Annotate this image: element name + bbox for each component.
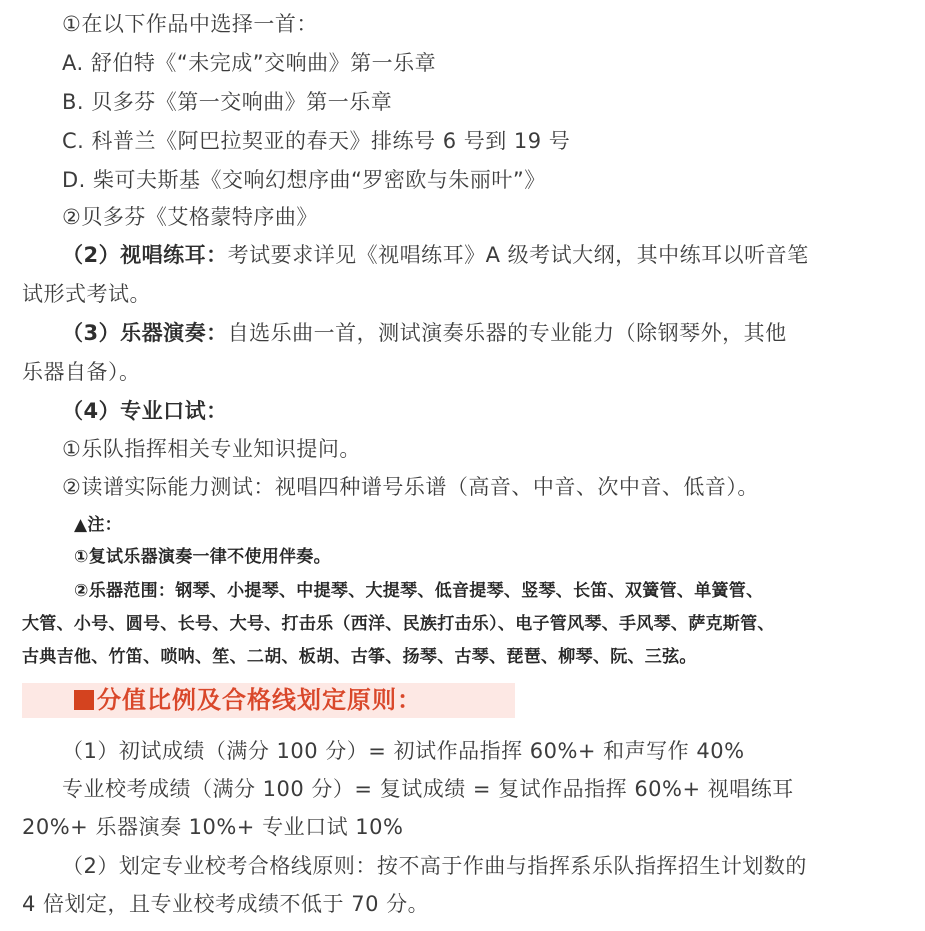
option-b: B. 贝多芬《第一交响曲》第一乐章 (62, 89, 392, 115)
option-d: D. 柴可夫斯基《交响幻想序曲“罗密欧与朱丽叶”》 (62, 167, 546, 193)
note-item-2-line1: ②乐器范围：钢琴、小提琴、中提琴、大提琴、低音提琴、竖琴、长笛、双簧管、单簧管、 (74, 580, 763, 602)
score-line-2: 专业校考成绩（满分 100 分）= 复试成绩 = 复试作品指挥 60%+ 视唱练… (62, 776, 794, 802)
score-line-1: （1）初试成绩（满分 100 分）= 初试作品指挥 60%+ 和声写作 40% (62, 738, 745, 764)
sight-singing-line2: 试形式考试。 (22, 281, 151, 307)
item-2-egmont: ②贝多芬《艾格蒙特序曲》 (62, 204, 318, 230)
instrument-line2: 乐器自备）。 (22, 359, 141, 385)
note-item-1: ①复试乐器演奏一律不使用伴奏。 (74, 546, 331, 568)
option-c: C. 科普兰《阿巴拉契亚的春天》排练号 6 号到 19 号 (62, 128, 570, 154)
oral-item-1: ①乐队指挥相关专业知识提问。 (62, 436, 361, 462)
notes-heading: ▲注： (74, 514, 122, 536)
instrument-text: 自选乐曲一首，测试演奏乐器的专业能力（除钢琴外，其他 (228, 321, 787, 345)
section-title-text: 分值比例及合格线划定原则： (97, 686, 422, 714)
sight-singing-text: 考试要求详见《视唱练耳》A 级考试大纲，其中练耳以听音笔 (228, 243, 809, 267)
option-a: A. 舒伯特《“未完成”交响曲》第一乐章 (62, 50, 436, 76)
score-line-4: （2）划定专业校考合格线原则：按不高于作曲与指挥系乐队指挥招生计划数的 (62, 853, 807, 879)
section-title: 分值比例及合格线划定原则： (74, 684, 422, 716)
sight-singing-label: （2）视唱练耳： (62, 243, 228, 267)
instrument-line1: （3）乐器演奏：自选乐曲一首，测试演奏乐器的专业能力（除钢琴外，其他 (62, 320, 787, 346)
square-bullet-icon (74, 690, 94, 710)
note-item-2-line2: 大管、小号、圆号、长号、大号、打击乐（西洋、民族打击乐）、电子管风琴、手风琴、萨… (22, 613, 775, 635)
choose-intro: ①在以下作品中选择一首： (62, 11, 318, 37)
sight-singing-line1: （2）视唱练耳：考试要求详见《视唱练耳》A 级考试大纲，其中练耳以听音笔 (62, 242, 809, 268)
oral-label: （4）专业口试： (62, 398, 228, 424)
note-item-2-line3: 古典吉他、竹笛、唢呐、笙、二胡、板胡、古筝、扬琴、古琴、琵琶、柳琴、阮、三弦。 (22, 646, 697, 668)
oral-item-2: ②读谱实际能力测试：视唱四种谱号乐谱（高音、中音、次中音、低音）。 (62, 474, 759, 500)
instrument-label: （3）乐器演奏： (62, 321, 228, 345)
score-line-5: 4 倍划定，且专业校考成绩不低于 70 分。 (22, 891, 429, 917)
score-line-3: 20%+ 乐器演奏 10%+ 专业口试 10% (22, 814, 403, 840)
